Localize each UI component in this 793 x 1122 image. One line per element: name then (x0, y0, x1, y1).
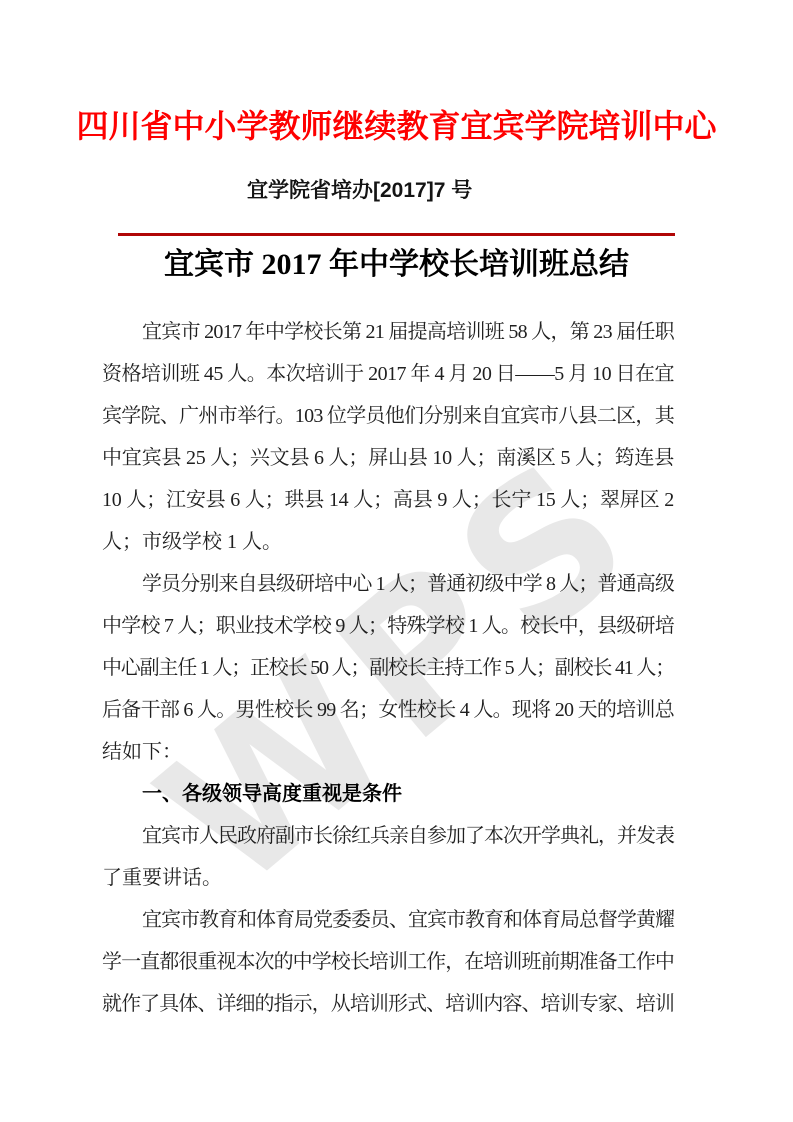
page-title: 宜宾市 2017 年中学校长培训班总结 (0, 248, 793, 282)
body-line: 宜宾市教育和体育局党委委员、宜宾市教育和体育局总督学黄耀 (102, 899, 674, 941)
body-line: 中宜宾县 25 人；兴文县 6 人；屏山县 10 人；南溪区 5 人；筠连县 (102, 437, 674, 479)
document-body: 宜宾市 2017 年中学校长第 21 届提高培训班 58 人，第 23 届任职 … (102, 311, 674, 1025)
body-line: 10 人；江安县 6 人；珙县 14 人；高县 9 人；长宁 15 人；翠屏区 … (102, 479, 674, 521)
body-line: 宾学院、广州市举行。103 位学员他们分别来自宜宾市八县二区，其 (102, 395, 674, 437)
organization-title: 四川省中小学教师继续教育宜宾学院培训中心 (0, 108, 793, 144)
body-line: 中学校 7 人；职业技术学校 9 人；特殊学校 1 人。校长中，县级研培 (102, 605, 674, 647)
body-line: 宜宾市 2017 年中学校长第 21 届提高培训班 58 人，第 23 届任职 (102, 311, 674, 353)
body-line: 就作了具体、详细的指示，从培训形式、培训内容、培训专家、培训 (102, 983, 674, 1025)
body-line: 学一直都很重视本次的中学校长培训工作，在培训班前期准备工作中 (102, 941, 674, 983)
body-line: 中心副主任 1 人；正校长 50 人；副校长主持工作 5 人；副校长 41 人； (102, 647, 674, 689)
document-number: 宜学院省培办[2017]7 号 (247, 178, 472, 203)
section-heading: 一、各级领导高度重视是条件 (102, 773, 674, 815)
body-line: 人；市级学校 1 人。 (102, 521, 674, 563)
body-line: 了重要讲话。 (102, 857, 674, 899)
document-page: WPS 四川省中小学教师继续教育宜宾学院培训中心 宜学院省培办[2017]7 号… (0, 0, 793, 1122)
body-line: 宜宾市人民政府副市长徐红兵亲自参加了本次开学典礼，并发表 (102, 815, 674, 857)
body-line: 结如下： (102, 731, 674, 773)
header-divider-rule (118, 233, 675, 236)
body-line: 学员分别来自县级研培中心 1 人；普通初级中学 8 人；普通高级 (102, 563, 674, 605)
body-line: 后备干部 6 人。男性校长 99 名；女性校长 4 人。现将 20 天的培训总 (102, 689, 674, 731)
body-line: 资格培训班 45 人。本次培训于 2017 年 4 月 20 日——5 月 10… (102, 353, 674, 395)
